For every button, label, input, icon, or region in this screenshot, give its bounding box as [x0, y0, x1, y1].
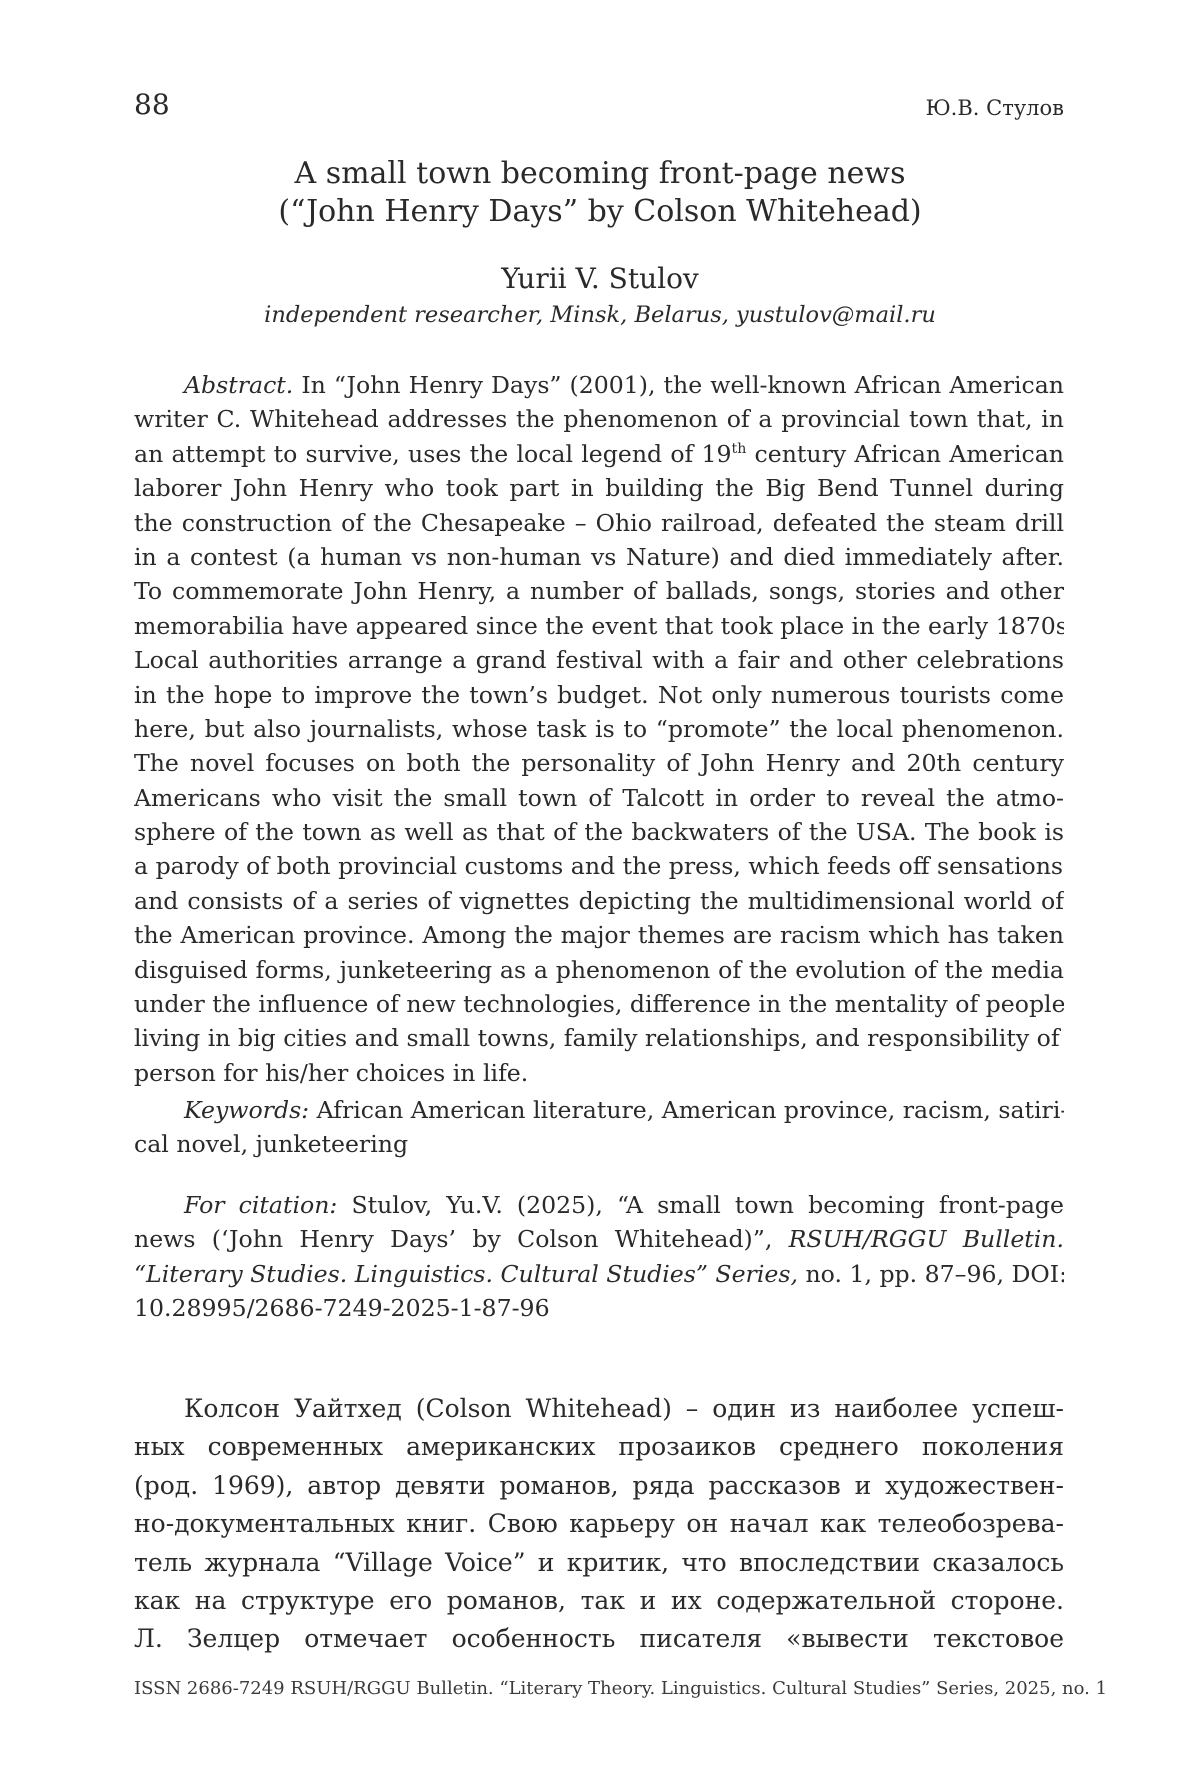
abstract-line: memorabilia have appeared since the even…: [134, 609, 1064, 643]
abstract: Abstract. In “John Henry Days” (2001), t…: [134, 368, 1064, 1090]
article-title: A small town becoming front-page news (“…: [0, 155, 1200, 231]
abstract-line: The novel focuses on both the personalit…: [134, 746, 1064, 780]
keywords-line: Keywords: African American literature, A…: [134, 1093, 1064, 1127]
citation-doi: 10.28995/2686-7249-2025-1-87-96: [134, 1291, 1064, 1325]
abstract-line: Local authorities arrange a grand festiv…: [134, 643, 1064, 677]
title-line-1: A small town becoming front-page news: [0, 155, 1200, 193]
abstract-line: sphere of the town as well as that of th…: [134, 815, 1064, 849]
body-line: тель журнала “Village Voice” и критик, ч…: [134, 1544, 1064, 1582]
abstract-line: Abstract. In “John Henry Days” (2001), t…: [134, 368, 1064, 402]
body-line: как на структуре его романов, так и их с…: [134, 1582, 1064, 1620]
abstract-line: and consists of a series of vignettes de…: [134, 884, 1064, 918]
citation-label: For citation:: [184, 1191, 337, 1219]
abstract-line: under the influence of new technologies,…: [134, 987, 1064, 1021]
abstract-line: the American province. Among the major t…: [134, 918, 1064, 952]
abstract-line: disguised forms, junketeering as a pheno…: [134, 953, 1064, 987]
body-line: но-документальных книг. Свою карьеру он …: [134, 1505, 1064, 1543]
body-line: ных современных американских прозаиков с…: [134, 1428, 1064, 1466]
abstract-line: laborer John Henry who took part in buil…: [134, 471, 1064, 505]
body-line: Колсон Уайтхед (Colson Whitehead) – один…: [134, 1390, 1064, 1428]
abstract-line: in a contest (a human vs non-human vs Na…: [134, 540, 1064, 574]
abstract-line: living in big cities and small towns, fa…: [134, 1021, 1064, 1055]
citation-line: For citation: Stulov, Yu.V. (2025), “A s…: [134, 1188, 1064, 1222]
body-line: Л. Зелцер отмечает особенность писателя …: [134, 1620, 1064, 1658]
body-text-russian: Колсон Уайтхед (Colson Whitehead) – один…: [134, 1390, 1064, 1659]
abstract-label: Abstract.: [184, 371, 293, 399]
keywords-line: cal novel, junketeering: [134, 1127, 1064, 1161]
abstract-line: To commemorate John Henry, a number of b…: [134, 574, 1064, 608]
citation-line: “Literary Studies. Linguistics. Cultural…: [134, 1257, 1064, 1291]
keywords-label: Keywords:: [184, 1096, 309, 1124]
abstract-line: in the hope to improve the town’s budget…: [134, 678, 1064, 712]
abstract-line: person for his/her choices in life.: [134, 1056, 1064, 1090]
abstract-line: an attempt to survive, uses the local le…: [134, 437, 1064, 471]
citation: For citation: Stulov, Yu.V. (2025), “A s…: [134, 1188, 1064, 1326]
citation-line: news (‘John Henry Days’ by Colson Whiteh…: [134, 1222, 1064, 1256]
abstract-line: writer C. Whitehead addresses the phenom…: [134, 402, 1064, 436]
page-number: 88: [134, 88, 170, 122]
running-head-author: Ю.В. Стулов: [926, 94, 1064, 122]
body-line: (род. 1969), автор девяти романов, ряда …: [134, 1467, 1064, 1505]
page-footer: ISSN 2686-7249 RSUH/RGGU Bulletin. “Lite…: [134, 1676, 1064, 1702]
author-name: Yurii V. Stulov: [0, 262, 1200, 296]
keywords: Keywords: African American literature, A…: [134, 1093, 1064, 1162]
abstract-line: here, but also journalists, whose task i…: [134, 712, 1064, 746]
abstract-line: the construction of the Chesapeake – Ohi…: [134, 506, 1064, 540]
title-line-2: (“John Henry Days” by Colson Whitehead): [0, 193, 1200, 231]
author-affiliation: independent researcher, Minsk, Belarus, …: [0, 300, 1200, 330]
abstract-line: a parody of both provincial customs and …: [134, 849, 1064, 883]
abstract-line: Americans who visit the small town of Ta…: [134, 781, 1064, 815]
